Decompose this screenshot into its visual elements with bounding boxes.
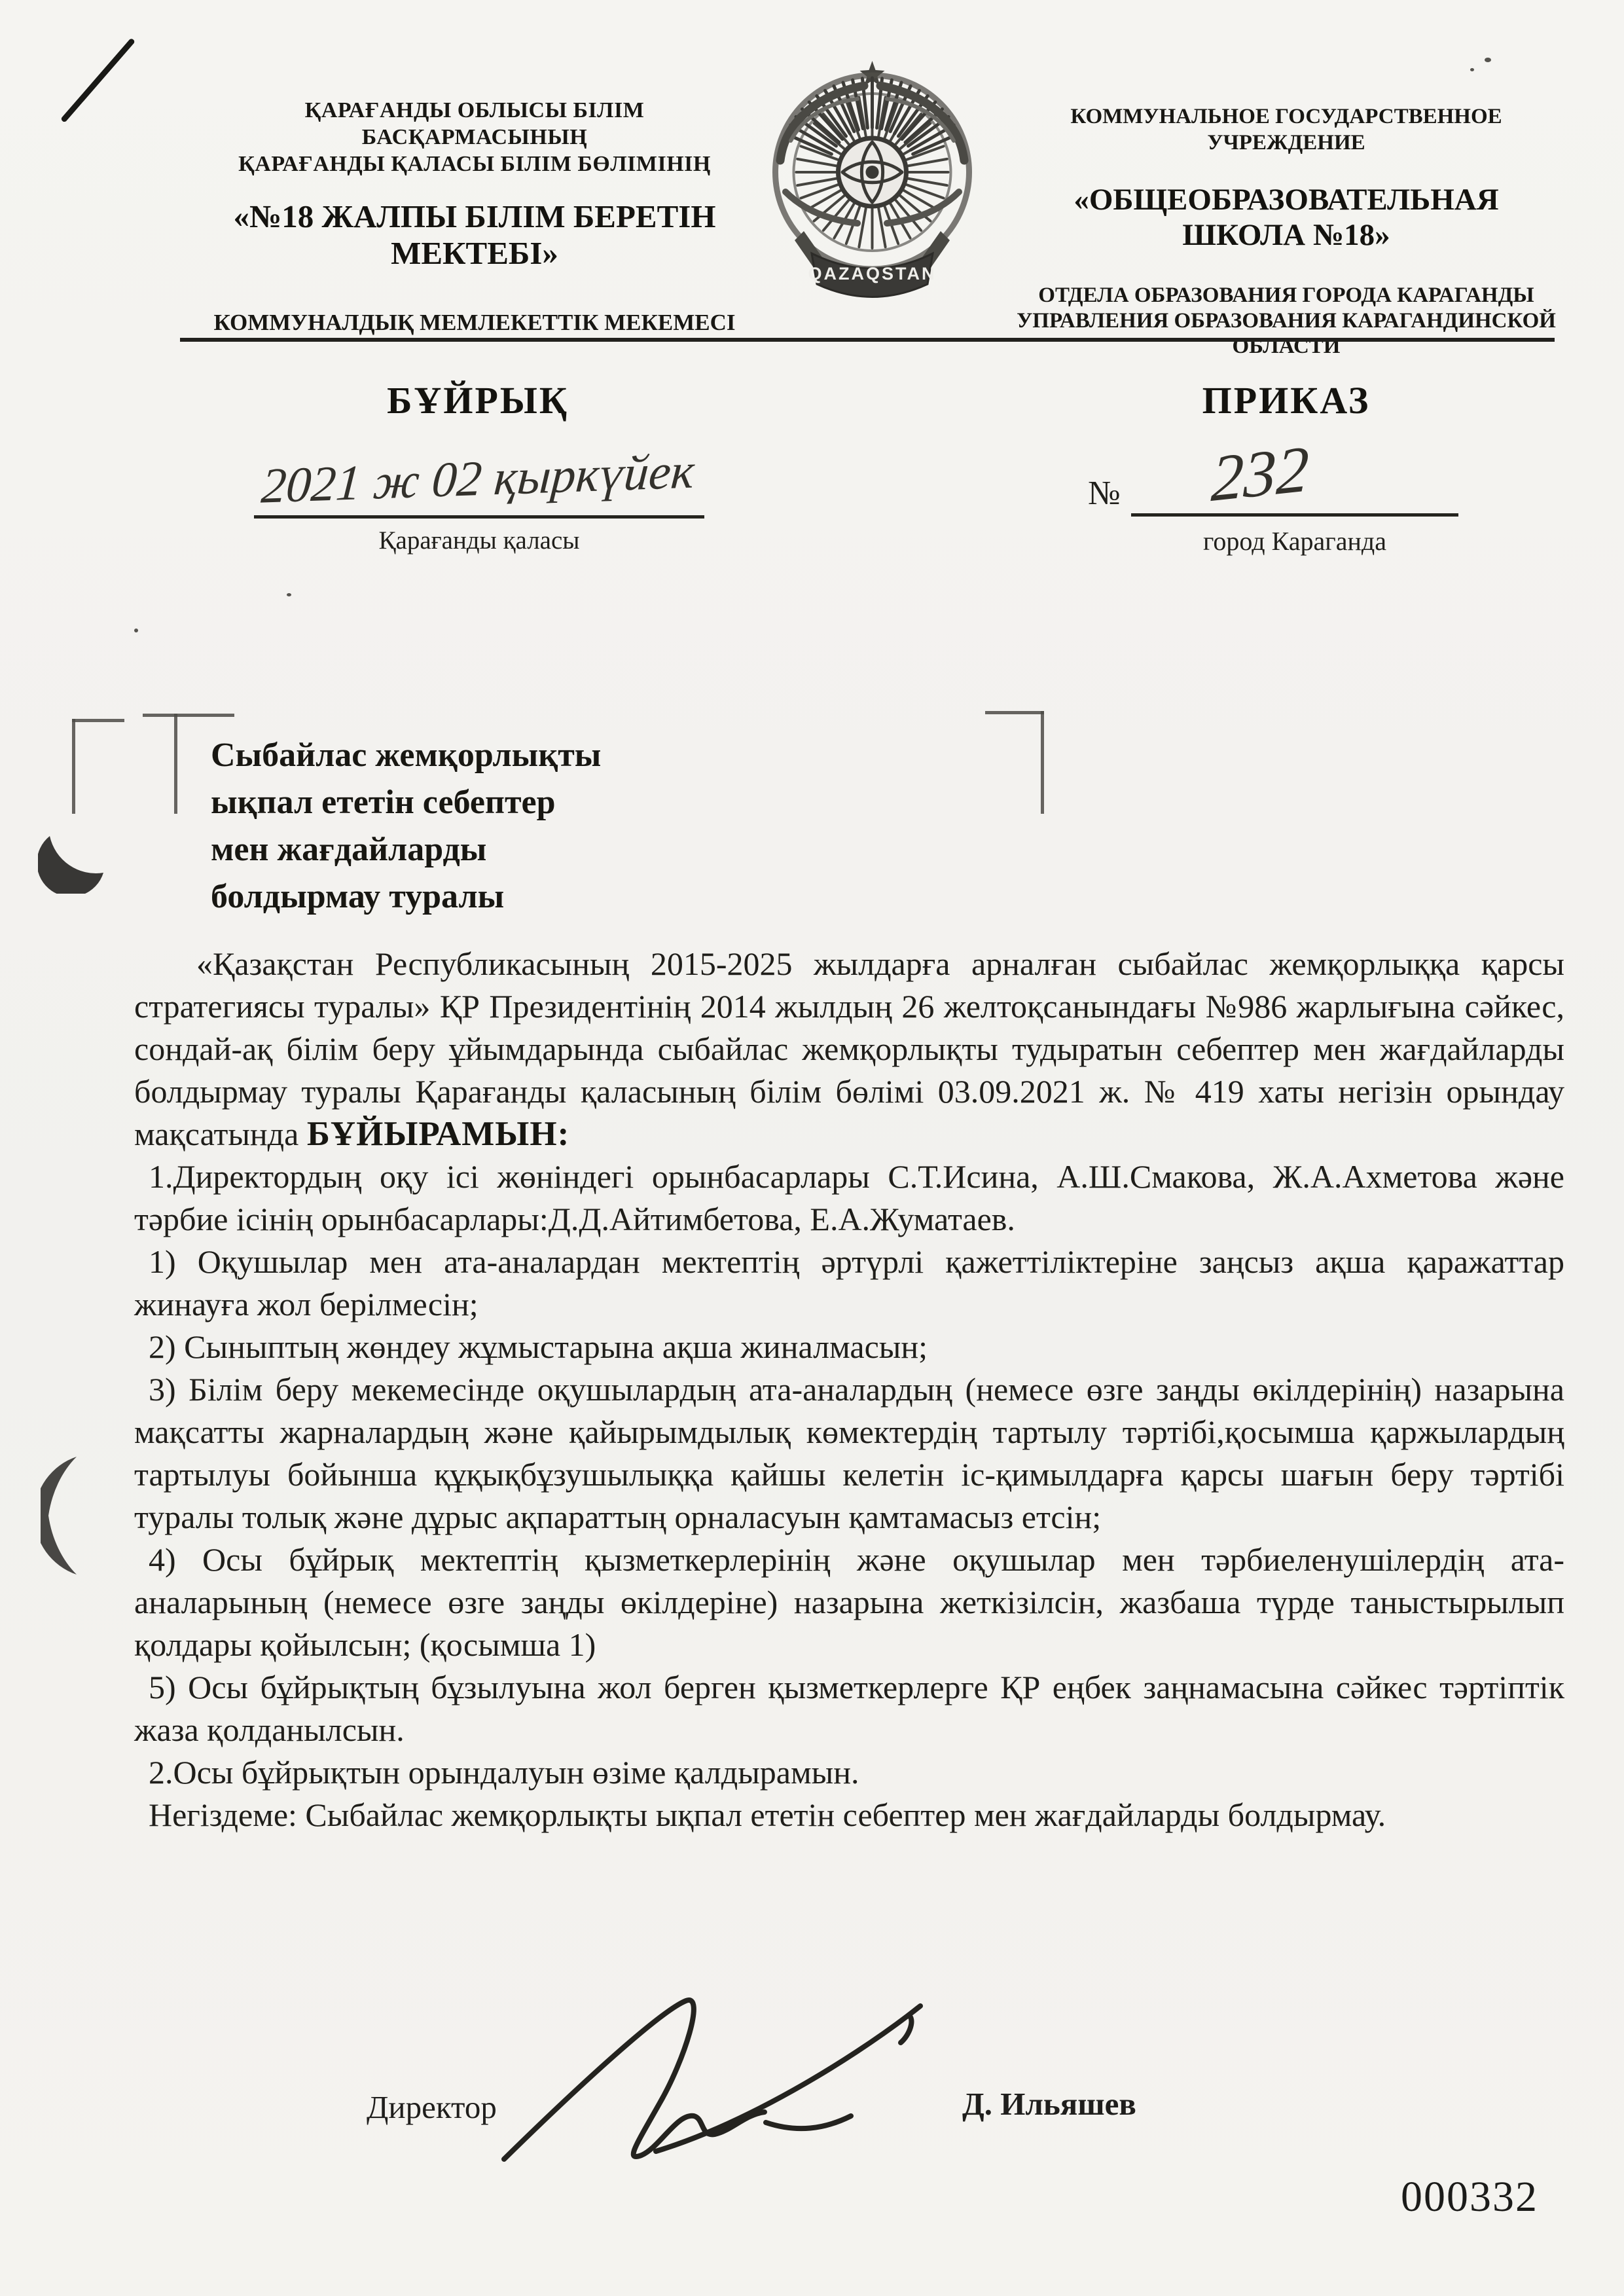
order-title-ru: ПРИКАЗ: [1018, 378, 1555, 422]
handwritten-date: 2021 ж 02 қыркүйек: [247, 443, 709, 516]
header-russian: КОММУНАЛЬНОЕ ГОСУДАРСТВЕННОЕ УЧРЕЖДЕНИЕ …: [1011, 103, 1561, 359]
date-underline: [254, 515, 704, 519]
corner-mark: [1041, 711, 1044, 814]
org-line: ОТДЕЛА ОБРАЗОВАНИЯ ГОРОДА КАРАГАНДЫ: [1011, 283, 1561, 308]
signer-name: Д. Ильяшев: [962, 2085, 1136, 2123]
org-type-kk: КОММУНАЛДЫҚ МЕМЛЕКЕТТІК МЕКЕМЕСІ: [203, 310, 746, 336]
scan-speck: [287, 593, 291, 596]
place-kk: Қарағанды қаласы: [254, 526, 704, 555]
form-number: 000332: [1401, 2172, 1538, 2222]
corner-mark: [174, 714, 177, 814]
subject-line: болдырмау туралы: [211, 873, 800, 920]
school-name-line: МЕКТЕБІ»: [203, 235, 746, 272]
org-lines-ru: ОТДЕЛА ОБРАЗОВАНИЯ ГОРОДА КАРАГАНДЫ УПРА…: [1011, 283, 1561, 359]
scan-speck: [1485, 58, 1491, 62]
director-signature: [484, 1984, 995, 2174]
paragraph: 1) Оқушылар мен ата-аналардан мектептің …: [134, 1241, 1564, 1326]
paragraph: 1.Директордың оқу ісі жөніндегі орынбаса…: [134, 1156, 1564, 1241]
corner-mark: [72, 719, 75, 814]
subject-line: Сыбайлас жемқорлықты: [211, 732, 800, 779]
org-line: ҚАРАҒАНДЫ ҚАЛАСЫ БІЛІМ БӨЛІМІНІҢ: [203, 151, 746, 177]
handwritten-order-number: 232: [1210, 431, 1310, 517]
order-title-kk: БҰЙРЫҚ: [216, 378, 740, 422]
body-paragraphs: «Қазақстан Республикасының 2015-2025 жыл…: [134, 943, 1564, 1836]
paragraph: 2.Осы бұйрықтын орындалуын өзіме қалдыра…: [134, 1751, 1564, 1794]
subject-line: мен жағдайларды: [211, 826, 800, 873]
scanned-order-document: ҚАРАҒАНДЫ ОБЛЫСЫ БІЛІМ БАСҚАРМАСЫНЫҢ ҚАР…: [0, 0, 1624, 2296]
paragraph: 5) Осы бұйрықтың бұзылуына жол берген қы…: [134, 1666, 1564, 1751]
school-name-kk: «№18 ЖАЛПЫ БІЛІМ БЕРЕТІН МЕКТЕБІ»: [203, 198, 746, 272]
school-name-line: «ОБЩЕОБРАЗОВАТЕЛЬНАЯ: [1011, 182, 1561, 217]
number-underline: [1131, 513, 1458, 517]
order-subject: Сыбайлас жемқорлықты ықпал ететін себепт…: [211, 732, 800, 920]
corner-mark: [72, 719, 124, 722]
corner-mark: [985, 711, 1044, 714]
kazakhstan-coat-of-arms-icon: QAZAQSTAN: [766, 56, 979, 301]
org-line: ҚАРАҒАНДЫ ОБЛЫСЫ БІЛІМ БАСҚАРМАСЫНЫҢ: [203, 97, 746, 151]
header-divider: [180, 338, 1555, 342]
paragraph: 2) Сыныптың жөндеу жұмыстарына ақша жина…: [134, 1326, 1564, 1368]
place-ru: город Караганда: [1131, 526, 1458, 556]
paragraph: «Қазақстан Республикасының 2015-2025 жыл…: [134, 943, 1564, 1156]
scan-speck: [134, 629, 138, 632]
school-name-ru: «ОБЩЕОБРАЗОВАТЕЛЬНАЯ ШКОЛА №18»: [1011, 182, 1561, 253]
org-line: УПРАВЛЕНИЯ ОБРАЗОВАНИЯ КАРАГАНДИНСКОЙ: [1011, 308, 1561, 334]
school-name-line: ШКОЛА №18»: [1011, 217, 1561, 253]
order-number-label: №: [1088, 474, 1121, 513]
org-type-ru: КОММУНАЛЬНОЕ ГОСУДАРСТВЕННОЕ УЧРЕЖДЕНИЕ: [1011, 103, 1561, 156]
scan-crescent-artifact: [38, 822, 113, 894]
emblem-banner-text: QAZAQSTAN: [808, 264, 937, 283]
paragraph: 3) Білім беру мекемесінде оқушылардың ат…: [134, 1368, 1564, 1539]
corner-mark: [143, 714, 234, 717]
scan-crescent-artifact: [41, 1453, 106, 1578]
subject-line: ықпал ететін себептер: [211, 779, 800, 826]
scan-speck: [1470, 68, 1474, 71]
school-name-line: «№18 ЖАЛПЫ БІЛІМ БЕРЕТІН: [203, 198, 746, 235]
paragraph: Негіздеме: Сыбайлас жемқорлықты ықпал ет…: [134, 1794, 1564, 1836]
header-kazakh: ҚАРАҒАНДЫ ОБЛЫСЫ БІЛІМ БАСҚАРМАСЫНЫҢ ҚАР…: [203, 97, 746, 336]
signer-role: Директор: [367, 2088, 497, 2126]
pen-stroke-artifact: [60, 37, 135, 122]
paragraph: 4) Осы бұйрық мектептің қызметкерлерінің…: [134, 1539, 1564, 1666]
